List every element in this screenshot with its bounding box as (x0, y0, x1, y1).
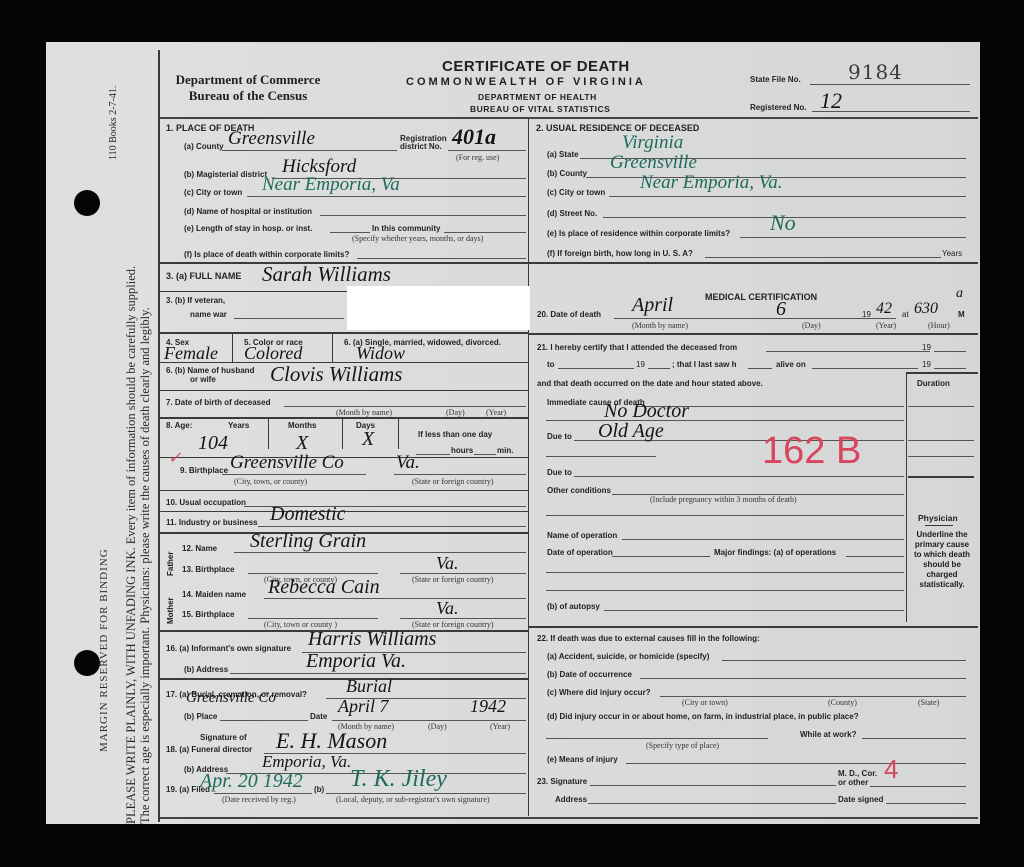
burial-place-label: (b) Place (184, 712, 217, 721)
registered-number: 12 (820, 88, 842, 114)
certify-from-19: 19 (922, 343, 931, 352)
form-code: 110 Books 2-7-41. (108, 86, 119, 160)
findings-line-2 (546, 572, 904, 573)
age-divider-3 (398, 419, 399, 449)
certify-to-19: 19 (636, 360, 645, 369)
dod-hour-note: (Hour) (928, 321, 950, 330)
county-underline (222, 150, 397, 151)
physician-note: Underline the primary cause to which dea… (910, 530, 974, 590)
community-label: In this community (372, 224, 440, 233)
hours-underline (416, 454, 450, 455)
dod-month-note: (Month by name) (632, 321, 688, 330)
place-type-note: (Specify type of place) (646, 741, 719, 750)
column-divider (528, 118, 529, 816)
binding-hole-bottom (74, 650, 100, 676)
certify-alive: alive on (776, 360, 806, 369)
burial-date-underline (332, 720, 526, 721)
father-birthplace-label: 13. Birthplace (182, 565, 234, 574)
street-label: (d) Street No. (547, 209, 597, 218)
physician-title-rule (925, 525, 953, 526)
reg-use-note: (For reg. use) (456, 153, 499, 162)
death-corporate-label: (f) Is place of death within corporate l… (184, 250, 349, 259)
date-signed-label: Date signed (838, 795, 883, 804)
director-label-2: 18. (a) Funeral director (166, 745, 252, 754)
dod-ampm-value: a (956, 286, 963, 302)
burial-place-underline (220, 720, 308, 721)
department-title: DEPARTMENT OF HEALTH (478, 92, 597, 102)
means-label: (e) Means of injury (547, 755, 618, 764)
years-label: Years (942, 249, 962, 258)
stay-underline (330, 232, 370, 233)
redacted-area (347, 286, 530, 330)
signature-23-underline (590, 785, 836, 786)
birthplace-state-value: Va. (396, 452, 420, 474)
certify-pronoun-underline (748, 368, 772, 369)
row-divider-age (160, 457, 528, 458)
stay-label: (e) Length of stay in hosp. or inst. (184, 224, 312, 233)
res-county-value: Greensville (610, 152, 697, 174)
address-23-label: Address (555, 795, 587, 804)
less-than-day-label: If less than one day (418, 430, 492, 439)
row-divider-medical (529, 626, 978, 628)
director-address-value: Emporia, Va. (262, 752, 351, 772)
footer-border (160, 817, 978, 819)
hospital-underline (320, 215, 526, 216)
cause-code-stamp: 162 B (762, 430, 861, 473)
county-label: (a) County (184, 142, 224, 151)
birthplace-state-note: (State or foreign country) (412, 477, 494, 486)
industry-label: 11. Industry or business (166, 518, 258, 527)
dod-at: at (902, 310, 909, 319)
full-name-value: Sarah Williams (262, 262, 391, 287)
injury-where-label: (c) Where did injury occur? (547, 688, 651, 697)
death-city-underline (247, 196, 526, 197)
res-state-label: (a) State (547, 150, 579, 159)
death-city-label: (c) City or town (184, 188, 242, 197)
physician-title: Physician (918, 513, 958, 523)
veteran-label-2: name war (190, 310, 227, 319)
header-divider (160, 117, 978, 119)
father-side-label: Father (166, 552, 175, 576)
autopsy-underline (604, 610, 904, 611)
dod-year-prefix: 19 (862, 310, 871, 319)
accident-label: (a) Accident, suicide, or homicide (spec… (547, 652, 709, 661)
findings-line-3 (546, 590, 904, 591)
md-label-1: M. D., Cor. (838, 769, 877, 778)
certify-last-saw: ; that I last saw h (672, 360, 736, 369)
registrar-note: (Local, deputy, or sub-registrar's own s… (336, 795, 490, 804)
md-red-mark: 4 (884, 754, 898, 785)
means-underline (626, 763, 966, 764)
row-divider-dob (160, 417, 528, 419)
medical-heading: MEDICAL CERTIFICATION (705, 292, 817, 302)
industry-value: Domestic (270, 503, 346, 526)
dob-underline (284, 406, 526, 407)
mother-birthplace-label: 15. Birthplace (182, 610, 234, 619)
burial-date-value: April 7 (338, 696, 389, 717)
age-months-label: Months (288, 421, 316, 430)
spouse-value: Clovis Williams (270, 362, 402, 387)
race-value: Colored (244, 343, 302, 364)
duration-line-3 (908, 456, 974, 457)
dod-hour-value: 630 (914, 300, 938, 318)
burial-place-value: Greensville Co (186, 690, 276, 707)
pregnancy-note: (Include pregnancy within 3 months of de… (650, 495, 797, 504)
burial-day-note: (Day) (428, 722, 447, 731)
major-findings-label: Major findings: (a) of operations (714, 548, 836, 557)
row-divider-informant (160, 678, 528, 680)
informant-address-label: (b) Address (184, 665, 228, 674)
full-name-label: 3. (a) FULL NAME (166, 271, 241, 281)
industry-underline (258, 526, 526, 527)
other-conditions-line-2 (546, 515, 904, 516)
dob-year-note: (Year) (486, 408, 506, 417)
dod-underline (614, 318, 896, 319)
marital-value: Widow (356, 343, 405, 364)
sex-divider (232, 334, 233, 362)
certificate-title: CERTIFICATE OF DEATH (442, 58, 630, 75)
res-state-value: Virginia (622, 132, 683, 154)
registered-label: Registered No. (750, 103, 806, 112)
major-findings-underline (846, 556, 904, 557)
instruction-line-2: The correct age is especially important.… (138, 307, 153, 824)
res-county-label: (b) County (547, 169, 587, 178)
director-signature-value: E. H. Mason (276, 728, 387, 754)
registrar-signature-value: T. K. Jiley (350, 766, 447, 793)
dept-line-2: Bureau of the Census (168, 88, 328, 104)
res-city-label: (c) City or town (547, 188, 605, 197)
dod-m-label: M (958, 310, 965, 319)
age-days-value: X (362, 428, 374, 451)
duration-line-4 (908, 476, 974, 478)
injury-where-underline (660, 696, 966, 697)
commonwealth-title: COMMONWEALTH OF VIRGINIA (406, 76, 646, 88)
veteran-underline (234, 318, 344, 319)
address-23-underline (588, 803, 836, 804)
dob-label: 7. Date of birth of deceased (166, 398, 270, 407)
dod-year-value: 42 (876, 300, 892, 318)
race-divider (332, 334, 333, 362)
operation-date-underline (612, 556, 710, 557)
duration-top-line (906, 372, 978, 374)
director-label-1: Signature of (200, 733, 247, 742)
informant-address-underline (230, 673, 526, 674)
community-underline (444, 232, 526, 233)
date-signed-underline (886, 803, 966, 804)
hospital-label: (d) Name of hospital or institution (184, 207, 312, 216)
certify-alive-year-underline (934, 368, 966, 369)
occupation-label: 10. Usual occupation (166, 498, 246, 507)
reg-district-underline (448, 150, 526, 151)
operation-date-label: Date of operation (547, 548, 613, 557)
dod-day-value: 6 (776, 298, 786, 321)
state-file-number: 9184 (848, 60, 903, 84)
due-to-value: Old Age (598, 420, 664, 443)
reg-district-value: 401a (452, 124, 496, 150)
certify-line-3: and that death occurred on the date and … (537, 379, 763, 388)
birthplace-city-underline (222, 474, 366, 475)
magisterial-label: (b) Magisterial district (184, 170, 267, 179)
certify-alive-19: 19 (922, 360, 931, 369)
filed-note: (Date received by reg.) (222, 795, 296, 804)
bureau-title: BUREAU OF VITAL STATISTICS (470, 104, 610, 114)
operation-name-underline (622, 539, 904, 540)
res-corporate-label: (e) Is place of residence within corpora… (547, 229, 730, 238)
certify-to-underline (558, 368, 634, 369)
dod-year-note: (Year) (876, 321, 896, 330)
injury-place-label: (d) Did injury occur in or about home, o… (547, 712, 859, 721)
registrar-underline (326, 793, 526, 794)
due-to-label-1: Due to (547, 432, 572, 441)
mother-name-label: 14. Maiden name (182, 590, 246, 599)
row-divider-birthplace (160, 490, 528, 491)
due-to-line-2 (546, 456, 656, 457)
res-corporate-value: No (770, 210, 796, 236)
mother-birthplace-state-underline (400, 618, 526, 619)
dod-month-value: April (632, 294, 673, 317)
age-label: 8. Age: (166, 421, 192, 430)
birthplace-state-underline (394, 474, 526, 475)
injury-city-note: (City or town) (682, 698, 728, 707)
while-at-work-underline (862, 738, 966, 739)
occurrence-label: (b) Date of occurrence (547, 670, 632, 679)
burial-year-value: 1942 (470, 696, 506, 717)
instruction-line-1: PLEASE WRITE PLAINLY, WITH UNFADING INK.… (124, 266, 139, 824)
stay-note: (Specify whether years, months, or days) (352, 234, 483, 243)
check-mark: ✓ (168, 448, 181, 468)
min-label: min. (497, 446, 513, 455)
informant-address-value: Emporia Va. (306, 650, 406, 673)
father-name-label: 12. Name (182, 544, 217, 553)
certify-to-year-underline (648, 368, 670, 369)
frame-left-border (158, 50, 160, 822)
spouse-label-2: or wife (190, 375, 216, 384)
certify-alive-underline (812, 368, 918, 369)
accident-underline (722, 660, 966, 661)
mother-side-label: Mother (166, 597, 175, 624)
other-conditions-label: Other conditions (547, 486, 611, 495)
burial-year-note: (Year) (490, 722, 510, 731)
spouse-label-1: 6. (b) Name of husband (166, 366, 254, 375)
duration-line-1 (908, 406, 974, 407)
burial-date-label: Date (310, 712, 327, 721)
informant-signature-value: Harris Williams (308, 628, 436, 651)
operation-name-label: Name of operation (547, 531, 617, 540)
duration-label: Duration (917, 379, 950, 388)
death-corporate-underline (357, 258, 526, 259)
certify-line-1: 21. I hereby certify that I attended the… (537, 343, 737, 352)
due-to-label-2: Due to (547, 468, 572, 477)
res-corporate-underline (740, 237, 966, 238)
age-years-label: Years (228, 421, 249, 430)
birthplace-value: Greensville Co (230, 452, 344, 474)
father-birthplace-city-underline (248, 573, 378, 574)
mother-birthplace-city-underline (248, 618, 378, 619)
row-divider-dod (529, 333, 978, 335)
mother-birthplace-value: Va. (436, 598, 459, 619)
age-years-value: 104 (198, 432, 228, 455)
death-county-value: Greensville (228, 128, 315, 150)
hours-label: hours (451, 446, 473, 455)
age-divider-2 (342, 419, 343, 449)
dod-label: 20. Date of death (537, 310, 601, 319)
registrar-label: (b) (314, 785, 324, 794)
md-underline (870, 786, 966, 787)
signature-23-label: 23. Signature (537, 777, 587, 786)
death-city-value: Near Emporia, Va (262, 174, 400, 196)
dob-day-note: (Day) (446, 408, 465, 417)
state-file-underline (810, 84, 970, 85)
md-label-2: or other (838, 778, 868, 787)
mother-name-value: Rebecca Cain (268, 576, 380, 599)
perforated-edge (42, 42, 48, 824)
veteran-label-1: 3. (b) If veteran, (166, 296, 225, 305)
dept-line-1: Department of Commerce (168, 72, 328, 88)
certify-to: to (547, 360, 555, 369)
informant-signature-label: 16. (a) Informant's own signature (166, 644, 291, 653)
autopsy-label: (b) of autopsy (547, 602, 600, 611)
filed-value: Apr. 20 1942 (200, 770, 303, 793)
reg-district-label-2: district No. (400, 142, 442, 151)
min-underline (474, 454, 496, 455)
foreign-underline (705, 257, 941, 258)
filed-underline (214, 793, 312, 794)
dob-month-note: (Month by name) (336, 408, 392, 417)
binding-hole-top (74, 190, 100, 216)
row-divider-veteran (160, 332, 528, 334)
disposition-value: Burial (346, 676, 392, 697)
birthplace-label: 9. Birthplace (180, 466, 228, 475)
certify-from-year-underline (934, 351, 966, 352)
father-name-value: Sterling Grain (250, 530, 366, 553)
father-state-note: (State or foreign country) (412, 575, 494, 584)
age-divider-1 (268, 419, 269, 449)
foreign-label: (f) If foreign birth, how long in U. S. … (547, 249, 693, 258)
father-birthplace-state-underline (400, 573, 526, 574)
father-birthplace-value: Va. (436, 553, 459, 574)
while-at-work-label: While at work? (800, 730, 856, 739)
occurrence-underline (640, 678, 966, 679)
duration-line-2 (908, 440, 974, 441)
injury-county-note: (County) (828, 698, 857, 707)
due-to-underline-2 (574, 476, 904, 477)
res-city-underline (609, 196, 966, 197)
state-file-label: State File No. (750, 75, 801, 84)
dod-day-note: (Day) (802, 321, 821, 330)
external-heading: 22. If death was due to external causes … (537, 634, 760, 643)
res-city-value: Near Emporia, Va. (640, 172, 783, 194)
duration-column-divider (906, 372, 907, 622)
sex-value: Female (164, 343, 218, 364)
margin-reserved-note: MARGIN RESERVED FOR BINDING (98, 548, 110, 752)
birthplace-city-note: (City, town, or county) (234, 477, 307, 486)
injury-place-underline (546, 738, 768, 739)
row-divider-spouse (160, 390, 528, 391)
certify-from-underline (766, 351, 930, 352)
injury-state-note: (State) (918, 698, 939, 707)
